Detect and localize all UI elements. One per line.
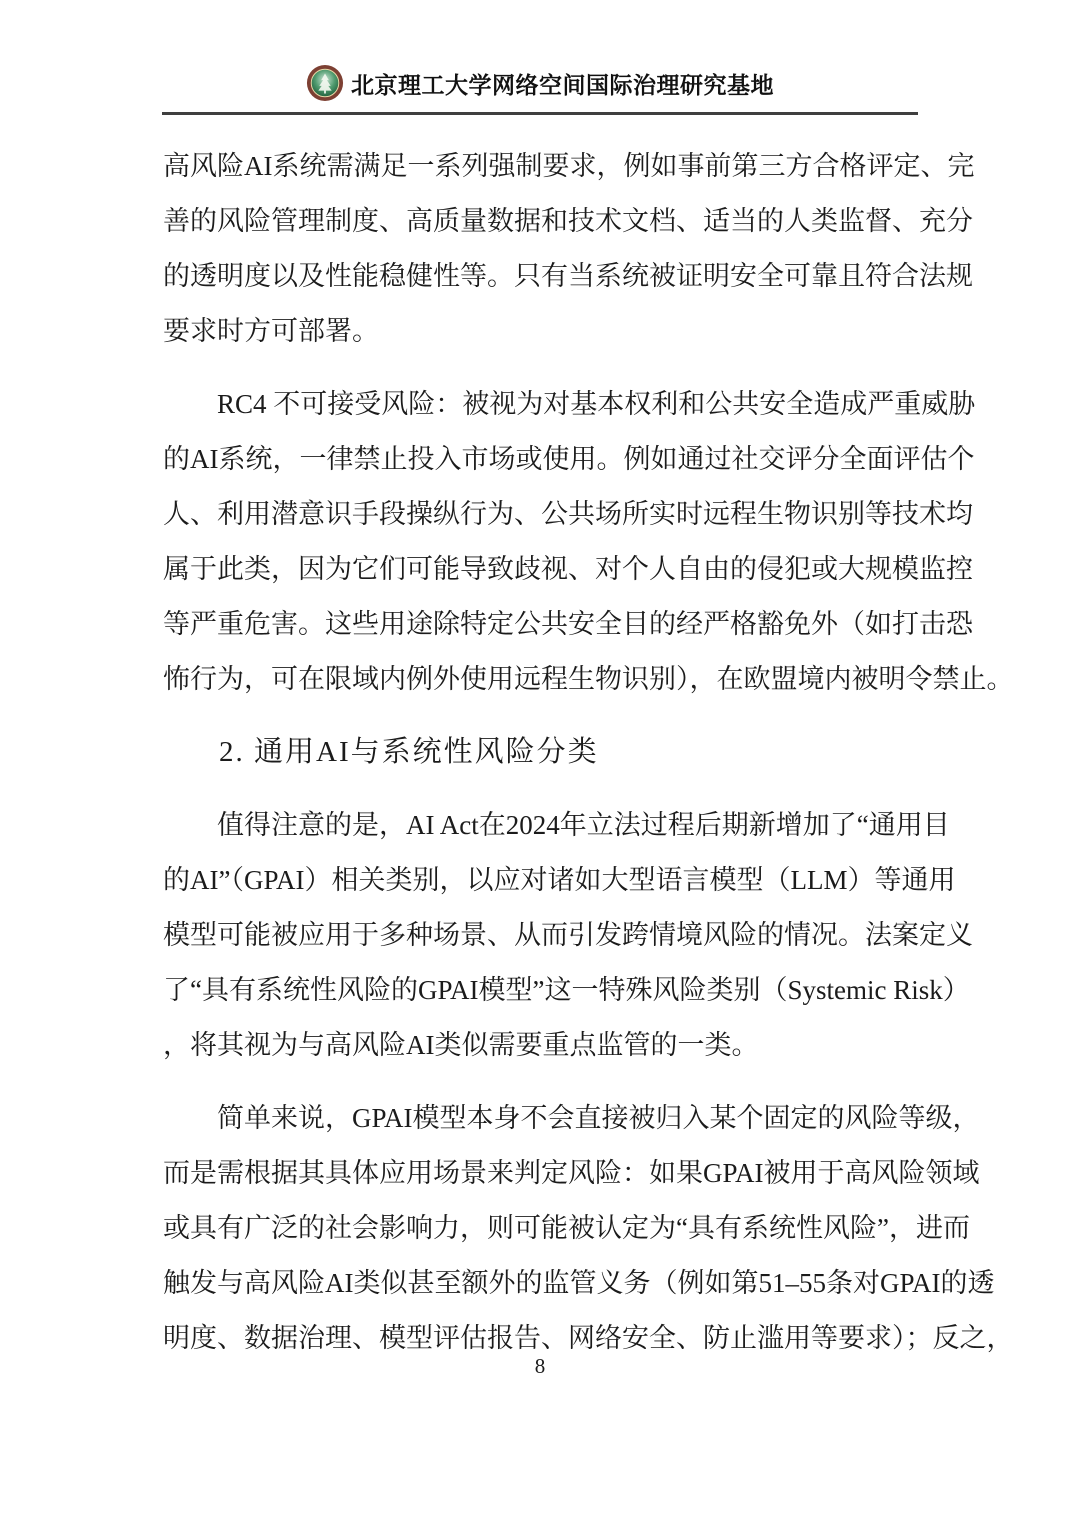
org-name: 北京理工大学网络空间国际治理研究基地 xyxy=(351,67,774,100)
body-line: 的透明度以及性能稳健性等。只有当系统被证明安全可靠且符合法规 xyxy=(163,249,933,304)
document-body: 高风险AI系统需满足一系列强制要求，例如事前第三方合格评定、完 善的风险管理制度… xyxy=(163,139,933,1366)
body-line: 的AI系统，一律禁止投入市场或使用。例如通过社交评分全面评估个 xyxy=(163,432,933,487)
body-line: 高风险AI系统需满足一系列强制要求，例如事前第三方合格评定、完 xyxy=(163,139,933,194)
paragraph-high-risk-requirements: 高风险AI系统需满足一系列强制要求，例如事前第三方合格评定、完 善的风险管理制度… xyxy=(163,139,933,359)
document-page: 北京理工大学网络空间国际治理研究基地 高风险AI系统需满足一系列强制要求，例如事… xyxy=(0,0,1080,1527)
paragraph-rc4-unacceptable-risk: RC4 不可接受风险：被视为对基本权利和公共安全造成严重威胁 的AI系统，一律禁… xyxy=(163,377,933,707)
page-number: 8 xyxy=(0,1352,1080,1380)
body-line: 要求时方可部署。 xyxy=(163,304,933,359)
body-line: 的AI”（GPAI）相关类别，以应对诸如大型语言模型（LLM）等通用 xyxy=(163,853,933,908)
paragraph-gpai-risk-determination: 简单来说，GPAI模型本身不会直接被归入某个固定的风险等级， 而是需根据其具体应… xyxy=(163,1091,933,1366)
university-emblem-icon xyxy=(306,64,344,102)
body-line: 人、利用潜意识手段操纵行为、公共场所实时远程生物识别等技术均 xyxy=(163,487,933,542)
body-line: 简单来说，GPAI模型本身不会直接被归入某个固定的风险等级， xyxy=(163,1091,933,1146)
body-line: 触发与高风险AI类似甚至额外的监管义务（例如第51–55条对GPAI的透 xyxy=(163,1256,933,1311)
body-line: 而是需根据其具体应用场景来判定风险：如果GPAI被用于高风险领域 xyxy=(163,1146,933,1201)
page-header: 北京理工大学网络空间国际治理研究基地 xyxy=(0,64,1080,102)
header-divider xyxy=(162,112,918,115)
body-line: 模型可能被应用于多种场景、从而引发跨情境风险的情况。法案定义 xyxy=(163,908,933,963)
body-line: 值得注意的是，AI Act在2024年立法过程后期新增加了“通用目 xyxy=(163,798,933,853)
body-line: 善的风险管理制度、高质量数据和技术文档、适当的人类监督、充分 xyxy=(163,194,933,249)
body-line: 属于此类，因为它们可能导致歧视、对个人自由的侵犯或大规模监控 xyxy=(163,542,933,597)
body-line: 了“具有系统性风险的GPAI模型”这一特殊风险类别（Systemic Risk） xyxy=(163,963,933,1018)
section-heading-gpai: 2. 通用AI与系统性风险分类 xyxy=(163,725,933,780)
body-line: 或具有广泛的社会影响力，则可能被认定为“具有系统性风险”，进而 xyxy=(163,1201,933,1256)
body-line: 等严重危害。这些用途除特定公共安全目的经严格豁免外（如打击恐 xyxy=(163,597,933,652)
body-line: 怖行为，可在限域内例外使用远程生物识别），在欧盟境内被明令禁止。 xyxy=(163,652,933,707)
body-line: RC4 不可接受风险：被视为对基本权利和公共安全造成严重威胁 xyxy=(163,377,933,432)
body-line: ，将其视为与高风险AI类似需要重点监管的一类。 xyxy=(163,1018,933,1073)
paragraph-gpai-category: 值得注意的是，AI Act在2024年立法过程后期新增加了“通用目 的AI”（G… xyxy=(163,798,933,1073)
